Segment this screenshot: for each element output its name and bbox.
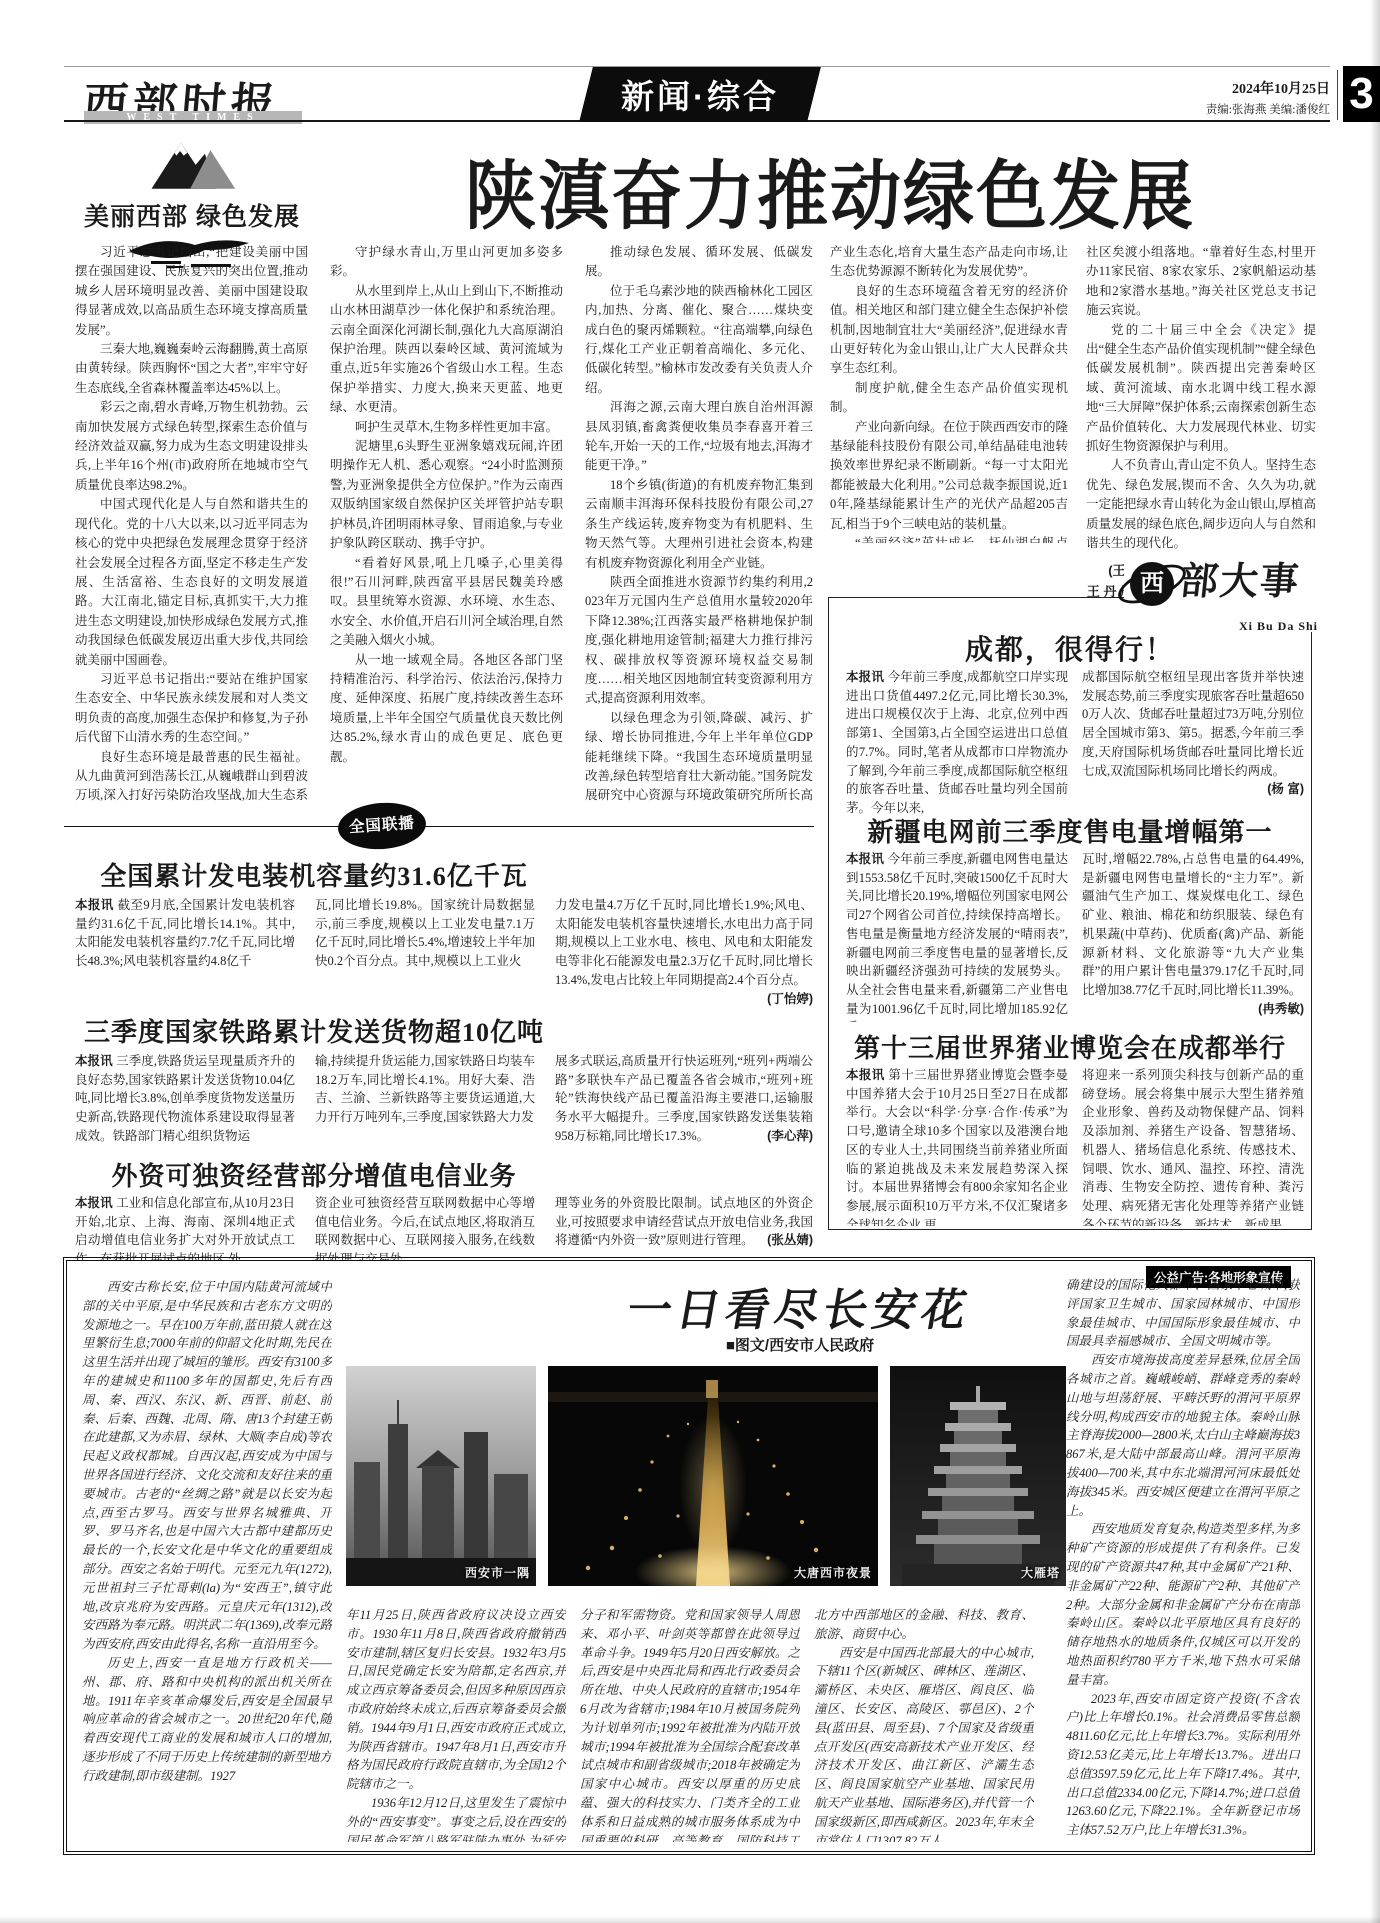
- paragraph: 本报讯 截至9月底,全国累计发电装机容量约31.6亿千瓦,同比增长14.1%。其…: [75, 896, 295, 971]
- paragraph: 陕西全面推进水资源节约集约利用,2023年万元国内生产总值用水量较2020年下降…: [585, 573, 813, 709]
- paragraph: 产业向新向绿。在位于陕西西安市的隆基绿能科技股份有限公司,单结晶硅电池转换效率世…: [830, 418, 1068, 534]
- paragraph: 西安地质发育复杂,构造类型多样,为多种矿产资源的形成提供了有利条件。已发现的矿产…: [1066, 1520, 1300, 1689]
- section-banner: 新闻·综合: [579, 67, 821, 122]
- paragraph: 三秦大地,巍巍秦岭云海翻腾,黄土高原由黄转绿。陕西胸怀“国之大者”,牢牢守好生态…: [75, 340, 308, 398]
- paragraph: 本报讯 第十三届世界猪业博览会暨李曼中国养猪大会于10月25日至27日在成都举行…: [846, 1066, 1068, 1226]
- paragraph: 展多式联运,高质量开行快运班列,“班列+两端公路”多联快车产品已覆盖各省会城市,…: [555, 1052, 813, 1146]
- paragraph: 习近平总书记指出,“把建设美丽中国摆在强国建设、民族复兴的突出位置,推动城乡人居…: [75, 243, 308, 340]
- article-column: 本报讯 今年前三季度,成都航空口岸实现进出口货值4497.2亿元,同比增长30.…: [846, 668, 1068, 818]
- paragraph: 1936年12月12日,这里发生了震惊中外的“西安事变”。事变之后,设在西安的国…: [346, 1794, 566, 1842]
- paragraph: 成都国际航空枢纽呈现出客货并举快速发展态势,前三季度实现旅客吞吐量超6500万人…: [1082, 668, 1304, 780]
- article-headline: 新疆电网前三季度售电量增幅第一: [828, 812, 1312, 849]
- paragraph: 社区矣渡小组落地。“靠着好生态,村里开办11家民宿、8家农家乐、2家帆船运动基地…: [1086, 243, 1316, 321]
- lede: 本报讯: [846, 852, 888, 866]
- article-headline: 成都，很得行！: [828, 628, 1312, 668]
- paragraph: 本报讯 三季度,铁路货运呈现量质齐升的良好态势,国家铁路累计发送货物10.04亿…: [75, 1052, 295, 1146]
- article-column: 本报讯 截至9月底,全国累计发电装机容量约31.6亿千瓦,同比增长14.1%。其…: [75, 896, 295, 971]
- paragraph: 北方中西部地区的金融、科技、教育、旅游、商贸中心。: [814, 1606, 1034, 1644]
- lede: 本报讯: [75, 1196, 116, 1210]
- feature-column-4: 北方中西部地区的金融、科技、教育、旅游、商贸中心。 西安是中国西北部最大的中心城…: [814, 1606, 1034, 1842]
- header-meta: 2024年10月25日 责编:张海燕 美编:潘俊红: [1040, 78, 1330, 117]
- paragraph: 呵护生灵草木,生物多样性更加丰富。: [330, 418, 563, 437]
- feature-column-5: 确建设的国际化大都市、国家中心城市,获评国家卫生城市、国家园林城市、中国形象最佳…: [1066, 1276, 1300, 1842]
- paragraph: 本报讯 今年前三季度,新疆电网售电量达到1553.58亿千瓦时,突破1500亿千…: [846, 850, 1068, 1022]
- photo-caption: 大唐西市夜景: [794, 1564, 872, 1581]
- paragraph: 历史上,西安一直是地方行政机关——州、郡、府、路和中央机构的派出机关所在地。19…: [82, 1654, 332, 1786]
- paragraph: 资企业可独资经营互联网数据中心等增值电信业务。今后,在试点地区,将取消互联网数据…: [315, 1194, 535, 1269]
- paragraph: 西安古称长安,位于中国内陆黄河流域中部的关中平原,是中华民族和古老东方文明的发源…: [82, 1278, 332, 1654]
- article-column: 瓦时,增幅22.78%,占总售电量的64.49%,是新疆电网售电量增长的“主力军…: [1082, 850, 1304, 1022]
- page-edge-shadow-bottom: [0, 1916, 1380, 1923]
- paragraph: 以绿色理念为引领,降碳、减污、扩绿、增长协同推进,今年上半年单位GDP能耗继续下…: [585, 709, 813, 803]
- article-headline: 全国累计发电装机容量约31.6亿千瓦: [64, 856, 564, 893]
- paragraph: 良好的生态环境蕴含着无穷的经济价值。相关地区和部门建立健全生态保护补偿机制,因地…: [830, 282, 1068, 379]
- lede: 本报讯: [75, 898, 118, 912]
- paragraph: “看着好风景,吼上几嗓子,心里美得很!”石川河畔,陕西富平县居民魏美玲感叹。县里…: [330, 554, 563, 651]
- article-column: 展多式联运,高质量开行快运班列,“班列+两端公路”多联快车产品已覆盖各省会城市,…: [555, 1052, 813, 1146]
- national-rule: [64, 826, 814, 827]
- paragraph: 18个乡镇(街道)的有机废弃物汇集到云南顺丰洱海环保科技股份有限公司,27条生产…: [585, 476, 813, 573]
- pagoda-photo: 大雁塔: [890, 1366, 1066, 1586]
- paragraph: 推动绿色发展、循环发展、低碳发展。: [585, 243, 813, 282]
- story-column-4: 产业生态化,培育大量生态产品走向市场,让生态优势源源不断转化为发展优势”。 良好…: [830, 243, 1068, 543]
- feature-column-2: 年11月25日,陕西省政府议决设立西安市。1930年11月8日,陕西省政府撤销西…: [346, 1606, 566, 1842]
- article-column: 成都国际航空枢纽呈现出客货并举快速发展态势,前三季度实现旅客吞吐量超6500万人…: [1082, 668, 1304, 818]
- header-divider: [1337, 70, 1338, 120]
- reporter: (李心萍): [767, 1127, 813, 1146]
- paragraph: 从一地一域观全局。各地区各部门坚持精准治污、科学治污、依法治污,保持力度、延伸深…: [330, 651, 563, 767]
- article-column: 瓦,同比增长19.8%。国家统计局数据显示,前三季度,规模以上工业发电量7.1万…: [315, 896, 535, 971]
- story-column-1: 习近平总书记指出,“把建设美丽中国摆在强国建设、民族复兴的突出位置,推动城乡人居…: [75, 243, 308, 803]
- paragraph: 西安市境海拔高度差异悬殊,位居全国各城市之首。巍峨峻峭、群峰竞秀的秦岭山地与坦荡…: [1066, 1351, 1300, 1520]
- reporter: (杨 富): [1267, 780, 1304, 799]
- paragraph: 彩云之南,碧水青峰,万物生机勃勃。云南加快发展方式绿色转型,探索生态价值与经济效…: [75, 398, 308, 495]
- paragraph: 2023年,西安市固定资产投资(不含农户)比上年增长0.1%。社会消费品零售总额…: [1066, 1690, 1300, 1840]
- photo-caption: 大雁塔: [1021, 1564, 1060, 1581]
- story-column-3: 推动绿色发展、循环发展、低碳发展。 位于毛乌素沙地的陕西榆林化工园区内,加热、分…: [585, 243, 813, 803]
- globe-icon: 西: [1124, 556, 1180, 612]
- reporter: (张丛婧): [767, 1231, 813, 1250]
- feature-title: 一日看尽长安花: [554, 1274, 1045, 1338]
- paragraph: 确建设的国际化大都市、国家中心城市,获评国家卫生城市、国家园林城市、中国形象最佳…: [1066, 1276, 1300, 1351]
- paragraph: 本报讯 今年前三季度,成都航空口岸实现进出口货值4497.2亿元,同比增长30.…: [846, 668, 1068, 818]
- paragraph: “美丽经济”茁壮成长。抚仙湖白帆点点,波光粼粼。新业态在云南澄江市海关: [830, 534, 1068, 543]
- lede: 本报讯: [846, 1068, 888, 1082]
- feature-subtitle: ■图文/西安市人民政府: [560, 1334, 1040, 1355]
- story-column-5: 社区矣渡小组落地。“靠着好生态,村里开办11家民宿、8家农家乐、2家帆船运动基地…: [1086, 243, 1316, 602]
- paragraph: 良好生态环境是最普惠的民生福祉。从九曲黄河到浩荡长江,从巍峨群山到碧波万顷,深入…: [75, 748, 308, 803]
- national-badge: 全国联播: [337, 800, 428, 852]
- paragraph: 洱海之源,云南大理白族自治州洱源县凤羽镇,畜禽粪便收集员李春喜开着三轮车,开始一…: [585, 398, 813, 476]
- paragraph: 产业生态化,培育大量生态产品走向市场,让生态优势源源不断转化为发展优势”。: [830, 243, 1068, 282]
- paragraph: 力发电量4.7万亿千瓦时,同比增长1.9%;风电、太阳能发电装机容量快速增长,水…: [555, 896, 813, 990]
- issue-date: 2024年10月25日: [1040, 78, 1330, 98]
- article-column: 本报讯 工业和信息化部宣布,从10月23日开始,北京、上海、海南、深圳4地正式启…: [75, 1194, 295, 1269]
- paragraph: 分子和军需物资。党和国家领导人周恩来、邓小平、叶剑英等都曾在此领导过革命斗争。1…: [580, 1606, 800, 1842]
- article-column: 输,持续提升货运能力,国家铁路日均装车18.2万车,同比增长4.1%。用好大秦、…: [315, 1052, 535, 1127]
- lede: 本报讯: [75, 1054, 116, 1068]
- paragraph: 年11月25日,陕西省政府议决设立西安市。1930年11月8日,陕西省政府撤销西…: [346, 1606, 566, 1794]
- paragraph: 瓦时,增幅22.78%,占总售电量的64.49%,是新疆电网售电量增长的“主力军…: [1082, 850, 1304, 1000]
- paragraph: 制度护航,健全生态产品价值实现机制。: [830, 379, 1068, 418]
- paragraph: 人不负青山,青山定不负人。坚持生态优先、绿色发展,锲而不舍、久久为功,就一定能把…: [1086, 456, 1316, 553]
- article-column: 本报讯 三季度,铁路货运呈现量质齐升的良好态势,国家铁路累计发送货物10.04亿…: [75, 1052, 295, 1146]
- west-logo-text: 部大事: [1177, 556, 1302, 608]
- night-market-photo: 大唐西市夜景: [548, 1366, 878, 1586]
- article-column: 理等业务的外资股比限制。试点地区的外资企业,可按照要求申请经营试点开放电信业务,…: [555, 1194, 813, 1250]
- photo-caption: 西安市一隅: [465, 1564, 530, 1581]
- paragraph: 习近平总书记指出:“要站在维护国家生态安全、中华民族永续发展和对人类文明负责的高…: [75, 670, 308, 748]
- article-headline: 三季度国家铁路累计发送货物超10亿吨: [64, 1012, 564, 1049]
- section-banner-label: 新闻·综合: [621, 71, 779, 118]
- story-column-2: 守护绿水青山,万里山河更加多姿多彩。 从水里到岸上,从山上到山下,不断推动山水林…: [330, 243, 563, 803]
- paragraph: 党的二十届三中全会《决定》提出“健全生态产品价值实现机制”“健全绿色低碳发展机制…: [1086, 321, 1316, 457]
- article-headline: 第十三届世界猪业博览会在成都举行: [828, 1028, 1312, 1065]
- newspaper-page: 西部时报 WEST TIMES 新闻·综合 2024年10月25日 责编:张海燕…: [0, 0, 1380, 1923]
- article-column: 力发电量4.7万亿千瓦时,同比增长1.9%;风电、太阳能发电装机容量快速增长,水…: [555, 896, 813, 1008]
- page-edge-shadow: [1370, 0, 1380, 1923]
- editors: 责编:张海燕 美编:潘俊红: [1040, 101, 1330, 117]
- feature-column-3: 分子和军需物资。党和国家领导人周恩来、邓小平、叶剑英等都曾在此领导过革命斗争。1…: [580, 1606, 800, 1842]
- paragraph: 从水里到岸上,从山上到山下,不断推动山水林田湖草沙一体化保护和系统治理。云南全面…: [330, 282, 563, 418]
- paragraph: 泥塘里,6头野生亚洲象嬉戏玩闹,许团明操作无人机、悉心观察。“24小时监测预警,…: [330, 437, 563, 553]
- reporter: (冉秀敏): [1258, 1000, 1304, 1019]
- cityscape-photo: 西安市一隅: [346, 1366, 536, 1586]
- paragraph: 瓦,同比增长19.8%。国家统计局数据显示,前三季度,规模以上工业发电量7.1万…: [315, 896, 535, 971]
- paragraph: 理等业务的外资股比限制。试点地区的外资企业,可按照要求申请经营试点开放电信业务,…: [555, 1194, 813, 1250]
- masthead-en: WEST TIMES: [84, 111, 302, 124]
- paragraph: 本报讯 工业和信息化部宣布,从10月23日开始,北京、上海、海南、深圳4地正式启…: [75, 1194, 295, 1269]
- lede: 本报讯: [846, 670, 888, 684]
- article-column: 将迎来一系列顶尖科技与创新产品的重磅登场。展会将集中展示大型生猪养殖企业形象、兽…: [1082, 1066, 1304, 1226]
- paragraph: 将迎来一系列顶尖科技与创新产品的重磅登场。展会将集中展示大型生猪养殖企业形象、兽…: [1082, 1066, 1304, 1226]
- reporter: (丁怡婷): [767, 990, 813, 1009]
- column-slogan: 美丽西部 绿色发展: [66, 197, 318, 233]
- mountain-icon: [66, 134, 318, 197]
- paragraph: 守护绿水青山,万里山河更加多姿多彩。: [330, 243, 563, 282]
- article-column: 资企业可独资经营互联网数据中心等增值电信业务。今后,在试点地区,将取消互联网数据…: [315, 1194, 535, 1269]
- paragraph: 西安是中国西北部最大的中心城市,下辖11个区(新城区、碑林区、莲湖区、灞桥区、未…: [814, 1644, 1034, 1842]
- main-headline: 陕滇奋力推动绿色发展: [330, 136, 1330, 244]
- paragraph: 输,持续提升货运能力,国家铁路日均装车18.2万车,同比增长4.1%。用好大秦、…: [315, 1052, 535, 1127]
- article-headline: 外资可独资经营部分增值电信业务: [64, 1156, 564, 1193]
- west-logo: 西 部大事 Xi Bu Da Shi: [1124, 556, 1320, 632]
- article-column: 本报讯 今年前三季度,新疆电网售电量达到1553.58亿千瓦时,突破1500亿千…: [846, 850, 1068, 1022]
- article-column: 本报讯 第十三届世界猪业博览会暨李曼中国养猪大会于10月25日至27日在成都举行…: [846, 1066, 1068, 1226]
- paragraph: 位于毛乌素沙地的陕西榆林化工园区内,加热、分离、催化、聚合……煤块变成白色的聚丙…: [585, 282, 813, 398]
- feature-left-column: 西安古称长安,位于中国内陆黄河流域中部的关中平原,是中华民族和古老东方文明的发源…: [82, 1278, 332, 1840]
- paragraph: 中国式现代化是人与自然和谐共生的现代化。党的十八大以来,以习近平同志为核心的党中…: [75, 495, 308, 670]
